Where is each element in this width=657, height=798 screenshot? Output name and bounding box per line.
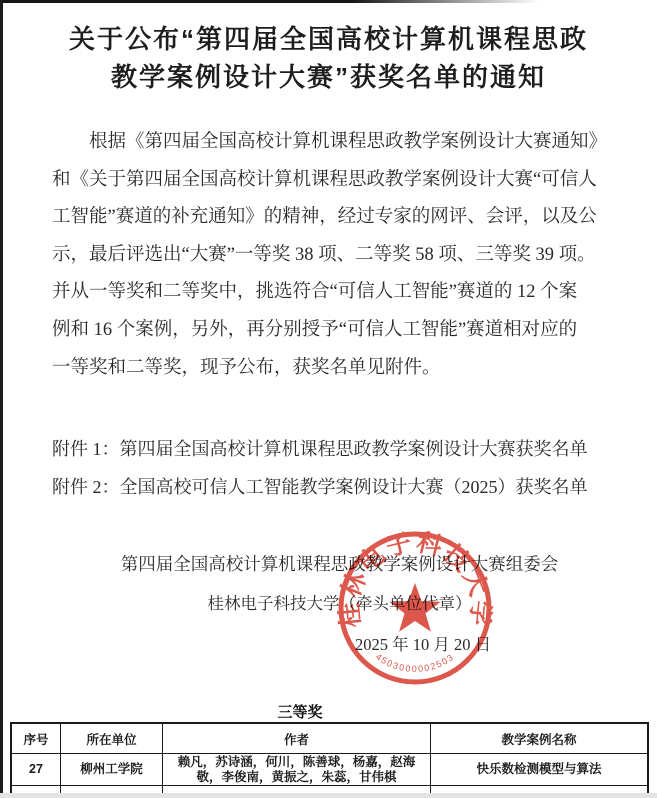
scan-edge-top <box>0 0 540 3</box>
signature-date: 2025 年 10 月 20 日 <box>355 631 491 655</box>
signature-committee: 第四届全国高校计算机课程思政教学案例设计大赛组委会 <box>0 551 657 576</box>
header-cell-no: 序号 <box>11 723 61 754</box>
scan-edge-bottom <box>0 793 657 798</box>
signature-unit: 桂林电子科技大学（牵头单位代章） <box>0 590 657 614</box>
body-line: 根据《第四届全国高校计算机课程思政教学案例设计大赛通知》 <box>52 124 607 162</box>
cell-no: 27 <box>11 754 61 786</box>
attachments-list: 附件 1：第四届全国高校计算机课程思政教学案例设计大赛获奖名单 附件 2：全国高… <box>52 430 617 506</box>
scan-edge-left <box>0 0 3 798</box>
cell-unit: 柳州工学院 <box>61 754 163 786</box>
body-line: 工智能”赛道的补充通知》的精神，经过专家的网评、会评，以及公 <box>52 199 607 237</box>
body-line: 和《关于第四届全国高校计算机课程思政教学案例设计大赛“可信人 <box>52 162 607 200</box>
attachment-item-1: 附件 1：第四届全国高校计算机课程思政教学案例设计大赛获奖名单 <box>52 430 617 468</box>
header-cell-authors: 作者 <box>163 723 431 754</box>
body-line: 并从一等奖和二等奖中，挑选符合“可信人工智能”赛道的 12 个案 <box>52 274 607 312</box>
award-table: 序号 所在单位 作者 教学案例名称 27 柳州工学院 赖凡，苏诗涵，何川，陈善球… <box>10 722 649 798</box>
body-line: 示，最后评选出“大赛”一等奖 38 项、二等奖 58 项、三等奖 39 项。 <box>52 237 607 275</box>
award-table-header-row: 序号 所在单位 作者 教学案例名称 <box>11 723 648 754</box>
attachment-item-2: 附件 2：全国高校可信人工智能教学案例设计大赛（2025）获奖名单 <box>52 468 617 506</box>
body-line: 例和 16 个案例，另外，再分别授予“可信人工智能”赛道相对应的 <box>52 312 607 350</box>
document-title-line1: 关于公布“第四届全国高校计算机课程思政 <box>0 20 657 58</box>
notice-document-page: 关于公布“第四届全国高校计算机课程思政 教学案例设计大赛”获奖名单的通知 根据《… <box>0 0 657 798</box>
cell-authors: 赖凡，苏诗涵，何川，陈善球，杨嘉，赵海敬，李俊南，黄振之，朱蕊，甘伟棋 <box>163 754 431 786</box>
body-paragraph: 根据《第四届全国高校计算机课程思政教学案例设计大赛通知》 和《关于第四届全国高校… <box>52 124 607 387</box>
award-section-heading: 三等奖 <box>10 701 590 722</box>
header-cell-case-name: 教学案例名称 <box>431 723 649 754</box>
body-line: 一等奖和二等奖，现予公布，获奖名单见附件。 <box>52 350 607 388</box>
cell-case-name: 快乐数检测模型与算法 <box>431 754 649 786</box>
table-row: 27 柳州工学院 赖凡，苏诗涵，何川，陈善球，杨嘉，赵海敬，李俊南，黄振之，朱蕊… <box>11 754 648 786</box>
document-title: 关于公布“第四届全国高校计算机课程思政 教学案例设计大赛”获奖名单的通知 <box>0 20 657 96</box>
document-title-line2: 教学案例设计大赛”获奖名单的通知 <box>0 58 657 96</box>
header-cell-unit: 所在单位 <box>61 723 163 754</box>
